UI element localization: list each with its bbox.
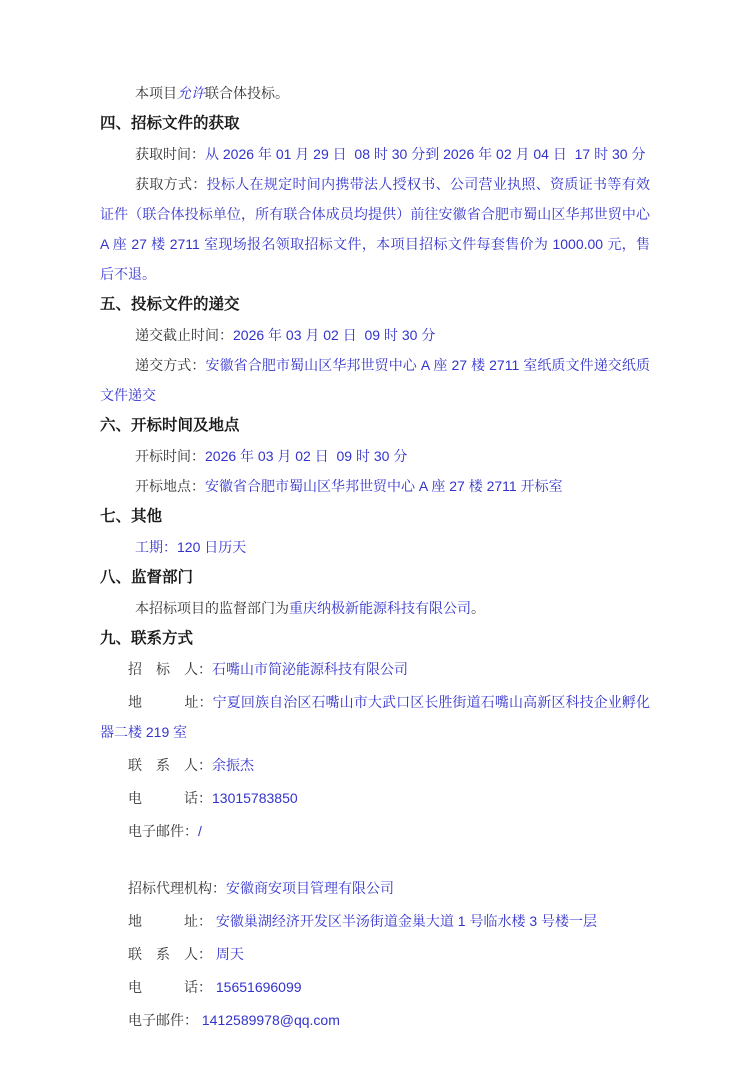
supervision-row: 本招标项目的监督部门为重庆纳极新能源科技有限公司。: [100, 593, 650, 623]
field-label: 联 系 人：: [128, 946, 212, 962]
joint-bid-suffix: 联合体投标。: [205, 85, 289, 101]
agency-name-row: 招标代理机构：安徽商安项目管理有限公司: [100, 873, 650, 903]
field-value: 从 2026 年 01 月 29 日 08 时 30 分到 2026 年 02 …: [205, 146, 645, 162]
field-label: 招标代理机构：: [128, 880, 226, 896]
opening-place-row: 开标地点：安徽省合肥市蜀山区华邦世贸中心 A 座 27 楼 2711 开标室: [100, 471, 650, 501]
field-label: 电子邮件：: [128, 1012, 198, 1028]
field-value: 安徽巢湖经济开发区半汤街道金巢大道 1 号临水楼 3 号楼一层: [212, 913, 597, 929]
bidder-address-row: 地 址：宁夏回族自治区石嘴山市大武口区长胜街道石嘴山高新区科技企业孵化器二楼 2…: [100, 687, 650, 747]
field-value: 2026 年 03 月 02 日 09 时 30 分: [205, 448, 407, 464]
section-heading: 七、其他: [100, 501, 650, 532]
section-heading: 六、开标时间及地点: [100, 410, 650, 441]
submission-method-row: 递交方式：安徽省合肥市蜀山区华邦世贸中心 A 座 27 楼 2711 室纸质文件…: [100, 350, 650, 410]
field-value: 周天: [212, 946, 244, 962]
project-duration-row: 工期：120 日历天: [100, 532, 650, 562]
section-contact-info: 九、联系方式 招 标 人：石嘴山市简泌能源科技有限公司 地 址：宁夏回族自治区石…: [100, 623, 650, 1035]
section-document-acquisition: 四、招标文件的获取 获取时间：从 2026 年 01 月 29 日 08 时 3…: [100, 108, 650, 289]
field-tail: 。: [471, 600, 485, 616]
field-label: 开标时间：: [135, 448, 205, 464]
section-heading: 四、招标文件的获取: [100, 108, 650, 139]
bidder-contact-person-row: 联 系 人：余振杰: [100, 750, 650, 780]
section-heading: 九、联系方式: [100, 623, 650, 654]
field-value: 工期：120 日历天: [135, 539, 246, 555]
joint-bid-statement: 本项目允许联合体投标。: [100, 78, 650, 108]
field-value: 安徽商安项目管理有限公司: [226, 880, 394, 896]
field-label: 招 标 人：: [128, 661, 212, 677]
document-body: 本项目允许联合体投标。 四、招标文件的获取 获取时间：从 2026 年 01 月…: [0, 0, 749, 1035]
field-label: 递交方式：: [135, 357, 205, 373]
acquisition-time-row: 获取时间：从 2026 年 01 月 29 日 08 时 30 分到 2026 …: [100, 139, 650, 169]
field-value: 余振杰: [212, 757, 254, 773]
bidder-phone-row: 电 话：13015783850: [100, 783, 650, 813]
field-label: 获取方式：: [135, 176, 207, 192]
bidder-contact-block: 招 标 人：石嘴山市简泌能源科技有限公司 地 址：宁夏回族自治区石嘴山市大武口区…: [100, 654, 650, 846]
document-page: 本项目允许联合体投标。 四、招标文件的获取 获取时间：从 2026 年 01 月…: [0, 0, 749, 1070]
field-label: 地 址：: [128, 913, 212, 929]
acquisition-method-row: 获取方式：投标人在规定时间内携带法人授权书、公司营业执照、资质证书等有效证件（联…: [100, 169, 650, 289]
section-heading: 八、监督部门: [100, 562, 650, 593]
field-value: /: [198, 823, 202, 839]
section-supervision: 八、监督部门 本招标项目的监督部门为重庆纳极新能源科技有限公司。: [100, 562, 650, 623]
submission-deadline-row: 递交截止时间：2026 年 03 月 02 日 09 时 30 分: [100, 320, 650, 350]
section-bid-submission: 五、投标文件的递交 递交截止时间：2026 年 03 月 02 日 09 时 3…: [100, 289, 650, 410]
opening-time-row: 开标时间：2026 年 03 月 02 日 09 时 30 分: [100, 441, 650, 471]
bidder-name-row: 招 标 人：石嘴山市简泌能源科技有限公司: [100, 654, 650, 684]
field-label: 联 系 人：: [128, 757, 212, 773]
field-label: 电 话：: [128, 979, 212, 995]
field-label: 递交截止时间：: [135, 327, 233, 343]
field-value: 1412589978@qq.com: [198, 1012, 340, 1028]
field-value: 15651696099: [212, 979, 302, 995]
field-label: 本招标项目的监督部门为: [135, 600, 289, 616]
field-value: 13015783850: [212, 790, 298, 806]
field-label: 开标地点：: [135, 478, 205, 494]
field-value: 重庆纳极新能源科技有限公司: [289, 600, 471, 616]
agency-email-row: 电子邮件： 1412589978@qq.com: [100, 1005, 650, 1035]
section-other: 七、其他 工期：120 日历天: [100, 501, 650, 562]
field-value: 安徽省合肥市蜀山区华邦世贸中心 A 座 27 楼 2711 开标室: [205, 478, 563, 494]
agency-contact-person-row: 联 系 人： 周天: [100, 939, 650, 969]
agency-contact-block: 招标代理机构：安徽商安项目管理有限公司 地 址： 安徽巢湖经济开发区半汤街道金巢…: [100, 873, 650, 1035]
field-label: 地 址：: [128, 694, 213, 710]
section-bid-opening: 六、开标时间及地点 开标时间：2026 年 03 月 02 日 09 时 30 …: [100, 410, 650, 501]
field-label: 电 话：: [128, 790, 212, 806]
section-heading: 五、投标文件的递交: [100, 289, 650, 320]
field-value: 石嘴山市简泌能源科技有限公司: [212, 661, 408, 677]
joint-bid-highlight: 允许: [177, 85, 205, 101]
agency-address-row: 地 址： 安徽巢湖经济开发区半汤街道金巢大道 1 号临水楼 3 号楼一层: [100, 906, 650, 936]
field-label: 获取时间：: [135, 146, 205, 162]
joint-bid-prefix: 本项目: [135, 85, 177, 101]
bidder-email-row: 电子邮件：/: [100, 816, 650, 846]
agency-phone-row: 电 话： 15651696099: [100, 972, 650, 1002]
field-label: 电子邮件：: [128, 823, 198, 839]
field-value: 2026 年 03 月 02 日 09 时 30 分: [233, 327, 435, 343]
